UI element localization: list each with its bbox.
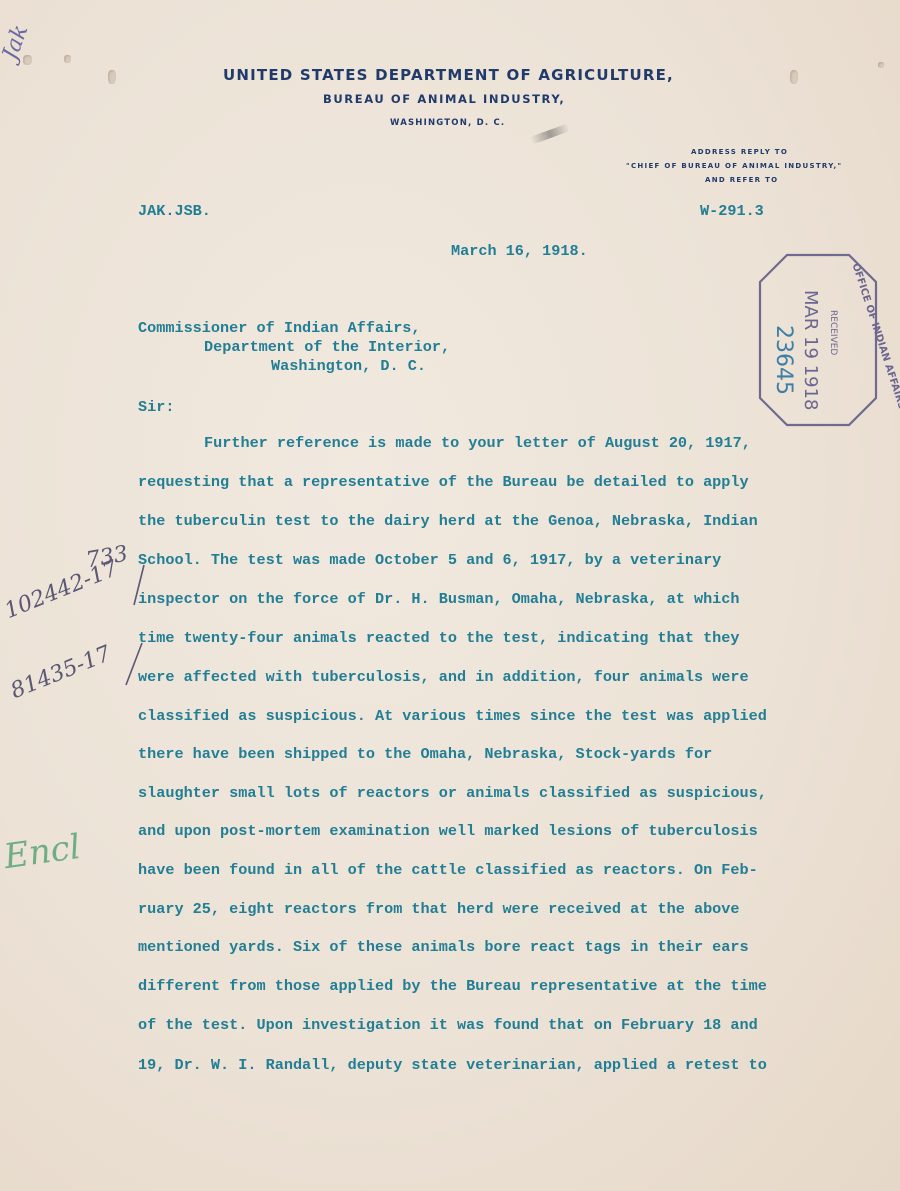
punch-hole: [878, 62, 884, 68]
address-reply-line3: AND REFER TO: [705, 176, 778, 184]
body-line: ruary 25, eight reactors from that herd …: [138, 900, 740, 918]
body-line: different from those applied by the Bure…: [138, 977, 767, 995]
stamp-number: 23645: [771, 325, 796, 395]
punch-hole: [108, 70, 116, 84]
body-line: requesting that a representative of the …: [138, 473, 749, 491]
pencil-bracket-icon: [122, 555, 152, 695]
body-line: classified as suspicious. At various tim…: [138, 707, 767, 725]
punch-hole: [790, 70, 798, 84]
body-line: the tuberculin test to the dairy herd at…: [138, 512, 758, 530]
recipient-line2: Department of the Interior,: [204, 338, 450, 356]
file-number: W-291.3: [700, 202, 764, 220]
body-line: have been found in all of the cattle cla…: [138, 861, 758, 879]
body-line: of the test. Upon investigation it was f…: [138, 1016, 758, 1034]
stamp-date: MAR 19 1918: [800, 290, 821, 411]
body-line: 19, Dr. W. I. Randall, deputy state vete…: [138, 1056, 767, 1074]
letterhead-department: UNITED STATES DEPARTMENT OF AGRICULTURE,: [223, 66, 674, 84]
body-line: and upon post-mortem examination well ma…: [138, 822, 758, 840]
margin-note-81435: 81435-17: [7, 641, 114, 704]
stamp-status: RECEIVED: [828, 310, 838, 355]
letter-date: March 16, 1918.: [451, 242, 588, 260]
body-line: were affected with tuberculosis, and in …: [138, 668, 749, 686]
letterhead-location: WASHINGTON, D. C.: [390, 118, 505, 128]
punch-hole: [64, 55, 71, 63]
address-reply-line2: "CHIEF OF BUREAU OF ANIMAL INDUSTRY,": [626, 162, 842, 170]
enclosure-note: Encl: [2, 827, 83, 877]
address-reply-line1: ADDRESS REPLY TO: [691, 148, 788, 156]
reference-initials: JAK.JSB.: [138, 202, 211, 220]
margin-note-102442: 102442-17: [1, 556, 121, 624]
body-line: Further reference is made to your letter…: [204, 434, 751, 452]
recipient-line3: Washington, D. C.: [271, 357, 426, 375]
body-line: slaughter small lots of reactors or anim…: [138, 784, 767, 802]
body-line: School. The test was made October 5 and …: [138, 551, 721, 569]
ink-smudge: [530, 123, 570, 144]
recipient-line1: Commissioner of Indian Affairs,: [138, 319, 421, 337]
body-line: there have been shipped to the Omaha, Ne…: [138, 745, 712, 763]
punch-hole: [23, 55, 32, 65]
body-line: inspector on the force of Dr. H. Busman,…: [138, 590, 740, 608]
letterhead-bureau: BUREAU OF ANIMAL INDUSTRY,: [323, 92, 565, 106]
body-line: mentioned yards. Six of these animals bo…: [138, 938, 749, 956]
body-line: time twenty-four animals reacted to the …: [138, 629, 740, 647]
salutation: Sir:: [138, 398, 174, 416]
